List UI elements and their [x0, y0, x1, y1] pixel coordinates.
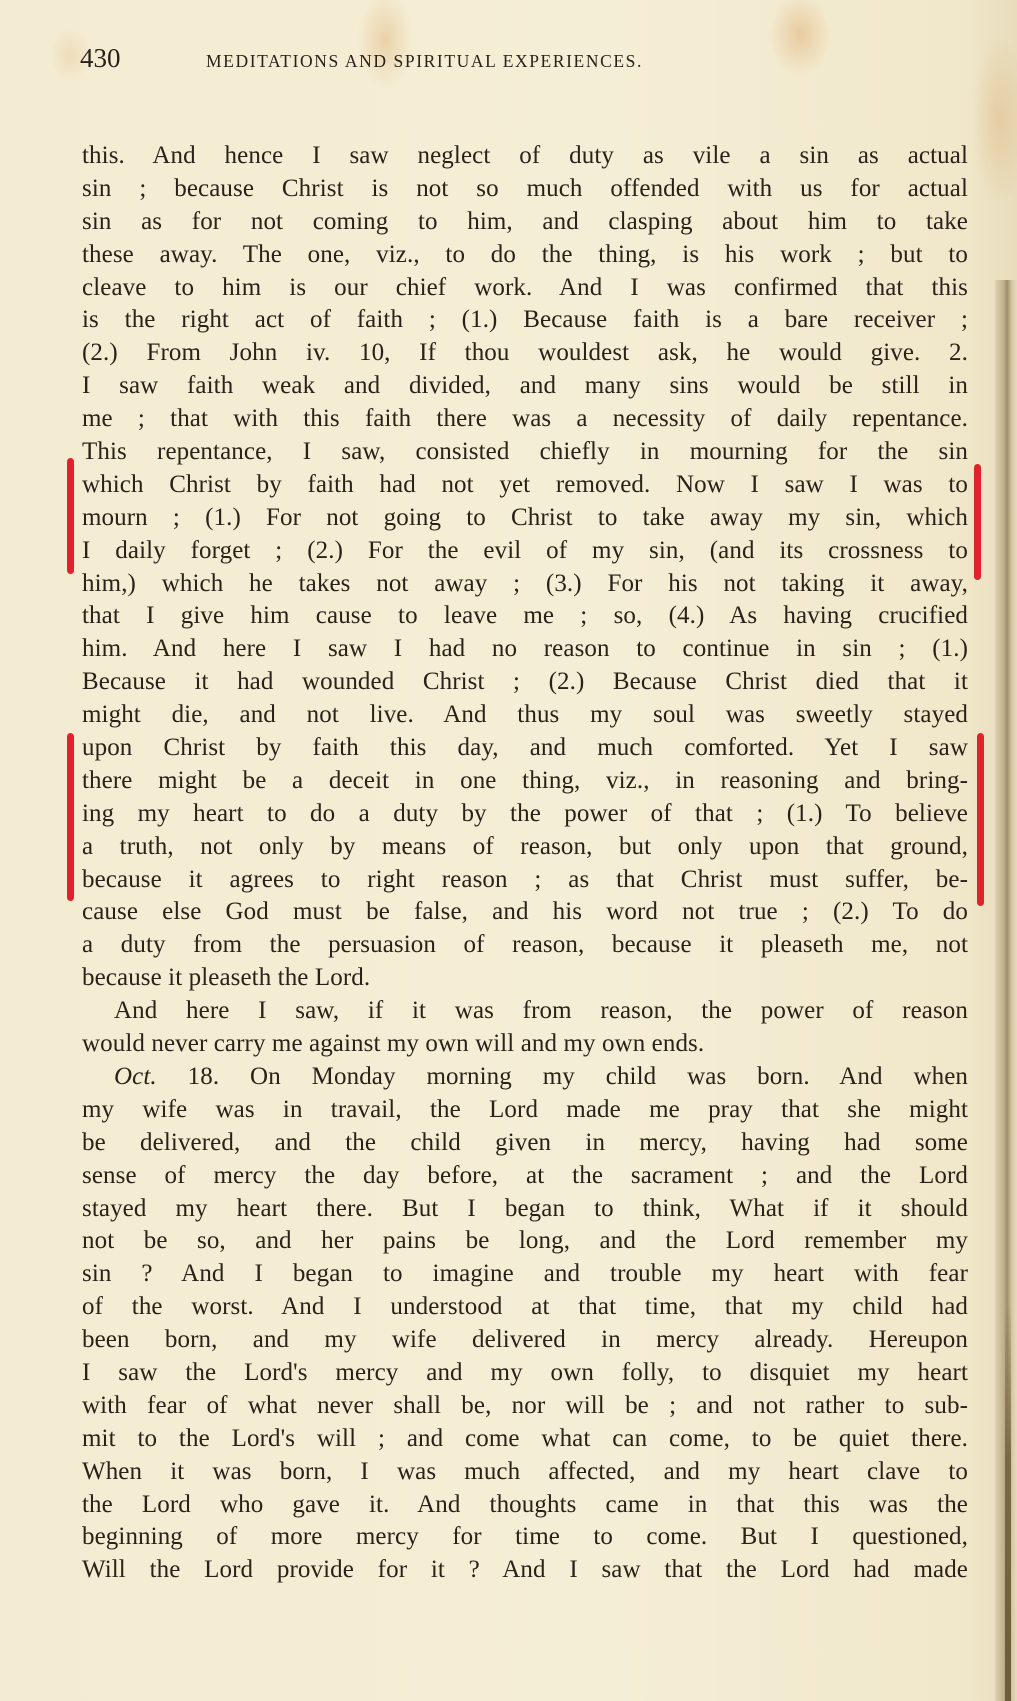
entry-date-month: Oct.: [114, 1063, 157, 1090]
text-line: there might be a deceit in one thing, vi…: [82, 765, 968, 798]
text-line: a duty from the persuasion of reason, be…: [82, 929, 968, 962]
text-line: Will the Lord provide for it ? And I saw…: [82, 1554, 968, 1587]
text-line: that I give him cause to leave me ; so, …: [82, 600, 968, 633]
text-line: And here I saw, if it was from reason, t…: [82, 995, 968, 1028]
text-line: me ; that with this faith there was a ne…: [82, 403, 968, 436]
text-line: this. And hence I saw neglect of duty as…: [82, 140, 968, 173]
text-line: would never carry me against my own will…: [82, 1028, 968, 1061]
text-line: sense of mercy the day before, at the sa…: [82, 1160, 968, 1193]
text-line: mourn ; (1.) For not going to Christ to …: [82, 502, 968, 535]
text-line: which Christ by faith had not yet remove…: [82, 469, 968, 502]
highlight-marker-right: [977, 733, 984, 906]
text-line: Because it had wounded Christ ; (2.) Bec…: [82, 666, 968, 699]
text-line: This repentance, I saw, consisted chiefl…: [82, 436, 968, 469]
highlight-marker-left: [67, 458, 74, 574]
page-header: 430 MEDITATIONS AND SPIRITUAL EXPERIENCE…: [80, 43, 940, 83]
text-line: ing my heart to do a duty by the power o…: [82, 798, 968, 831]
text-line: be delivered, and the child given in mer…: [82, 1127, 968, 1160]
body-text: this. And hence I saw neglect of duty as…: [82, 140, 968, 1587]
text-line: with fear of what never shall be, nor wi…: [82, 1390, 968, 1423]
text-line: him. And here I saw I had no reason to c…: [82, 633, 968, 666]
text-line: sin ? And I began to imagine and trouble…: [82, 1258, 968, 1291]
text-line: is the right act of faith ; (1.) Because…: [82, 304, 968, 337]
text-line: stayed my heart there. But I began to th…: [82, 1193, 968, 1226]
running-head: MEDITATIONS AND SPIRITUAL EXPERIENCES.: [206, 51, 643, 72]
text-line: I daily forget ; (2.) For the evil of my…: [82, 535, 968, 568]
text-line: of the worst. And I understood at that t…: [82, 1291, 968, 1324]
dated-entry-line: Oct. 18. On Monday morning my child was …: [82, 1061, 968, 1094]
text-line: sin as for not coming to him, and claspi…: [82, 206, 968, 239]
text-line: I saw faith weak and divided, and many s…: [82, 370, 968, 403]
text-line: sin ; because Christ is not so much offe…: [82, 173, 968, 206]
text-line: might die, and not live. And thus my sou…: [82, 699, 968, 732]
text-line: I saw the Lord's mercy and my own folly,…: [82, 1357, 968, 1390]
text-line: beginning of more mercy for time to come…: [82, 1521, 968, 1554]
text-line: cleave to him is our chief work. And I w…: [82, 272, 968, 305]
text-line: because it pleaseth the Lord.: [82, 962, 968, 995]
text-line: him,) which he takes not away ; (3.) For…: [82, 568, 968, 601]
scanned-book-page: 430 MEDITATIONS AND SPIRITUAL EXPERIENCE…: [0, 0, 1017, 1701]
page-number: 430: [80, 43, 206, 74]
entry-date-text: 18. On Monday morning my child was born.…: [157, 1063, 968, 1090]
text-line: mit to the Lord's will ; and come what c…: [82, 1423, 968, 1456]
text-line: (2.) From John iv. 10, If thou wouldest …: [82, 337, 968, 370]
page-edge-shadow: [1005, 1300, 1011, 1701]
text-line: upon Christ by faith this day, and much …: [82, 732, 968, 765]
highlight-marker-right: [974, 464, 981, 580]
text-line: not be so, and her pains be long, and th…: [82, 1225, 968, 1258]
text-line: my wife was in travail, the Lord made me…: [82, 1094, 968, 1127]
highlight-marker-left: [67, 733, 74, 901]
text-line: When it was born, I was much affected, a…: [82, 1456, 968, 1489]
text-line: because it agrees to right reason ; as t…: [82, 864, 968, 897]
text-line: the Lord who gave it. And thoughts came …: [82, 1489, 968, 1522]
text-line: been born, and my wife delivered in merc…: [82, 1324, 968, 1357]
text-line: these away. The one, viz., to do the thi…: [82, 239, 968, 272]
text-line: cause else God must be false, and his wo…: [82, 896, 968, 929]
text-line: a truth, not only by means of reason, bu…: [82, 831, 968, 864]
